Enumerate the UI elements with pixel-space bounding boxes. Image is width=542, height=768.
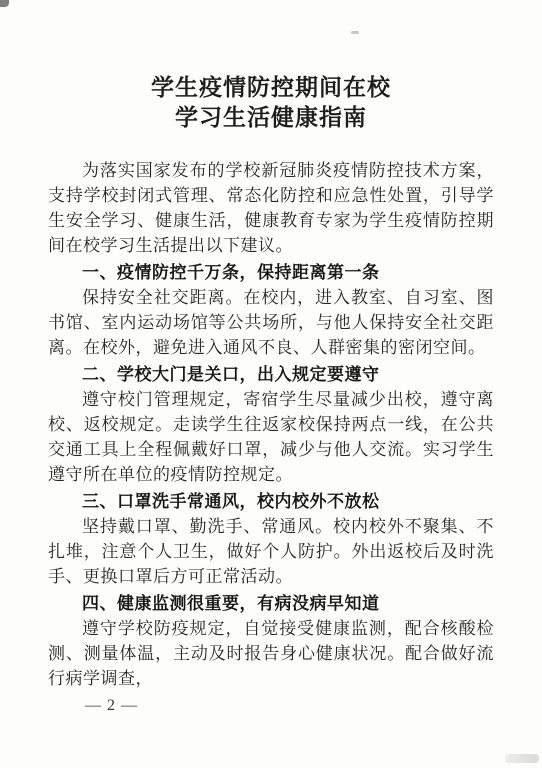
section-1-heading: 一、疫情防控千万条，保持距离第一条 — [48, 260, 494, 285]
document-title: 学生疫情防控期间在校 学习生活健康指南 — [48, 73, 494, 133]
intro-paragraph: 为落实国家发布的学校新冠肺炎疫情防控技术方案，支持学校封闭式管理、常态化防控和应… — [48, 158, 494, 258]
section-2-body: 遵守校门管理规定，寄宿学生尽量减少出校，遵守离校、返校规定。走读学生往返家校保持… — [48, 387, 494, 487]
page-number: — 2 — — [85, 695, 494, 717]
section-2-heading: 二、学校大门是关口，出入规定要遵守 — [48, 362, 494, 387]
scan-artifact-corner — [0, 0, 9, 7]
scan-artifact-dot — [351, 31, 359, 34]
section-3-body: 坚持戴口罩、勤洗手、常通风。校内校外不聚集、不扎堆，注意个人卫生，做好个人防护。… — [48, 514, 494, 589]
scan-artifact-smudge — [505, 754, 539, 763]
document-title-line1: 学生疫情防控期间在校 — [151, 75, 391, 100]
document-title-line2: 学习生活健康指南 — [175, 105, 367, 130]
section-4-heading: 四、健康监测很重要，有病没病早知道 — [48, 591, 494, 616]
section-1-body: 保持安全社交距离。在校内，进入教室、自习室、图书馆、室内运动场馆等公共场所，与他… — [48, 285, 494, 360]
scanned-document-page: 学生疫情防控期间在校 学习生活健康指南 为落实国家发布的学校新冠肺炎疫情防控技术… — [0, 0, 542, 768]
section-4-body: 遵守学校防疫规定，自觉接受健康监测，配合核酸检测、测量体温，主动及时报告身心健康… — [48, 616, 494, 691]
section-3-heading: 三、口罩洗手常通风，校内校外不放松 — [48, 489, 494, 514]
